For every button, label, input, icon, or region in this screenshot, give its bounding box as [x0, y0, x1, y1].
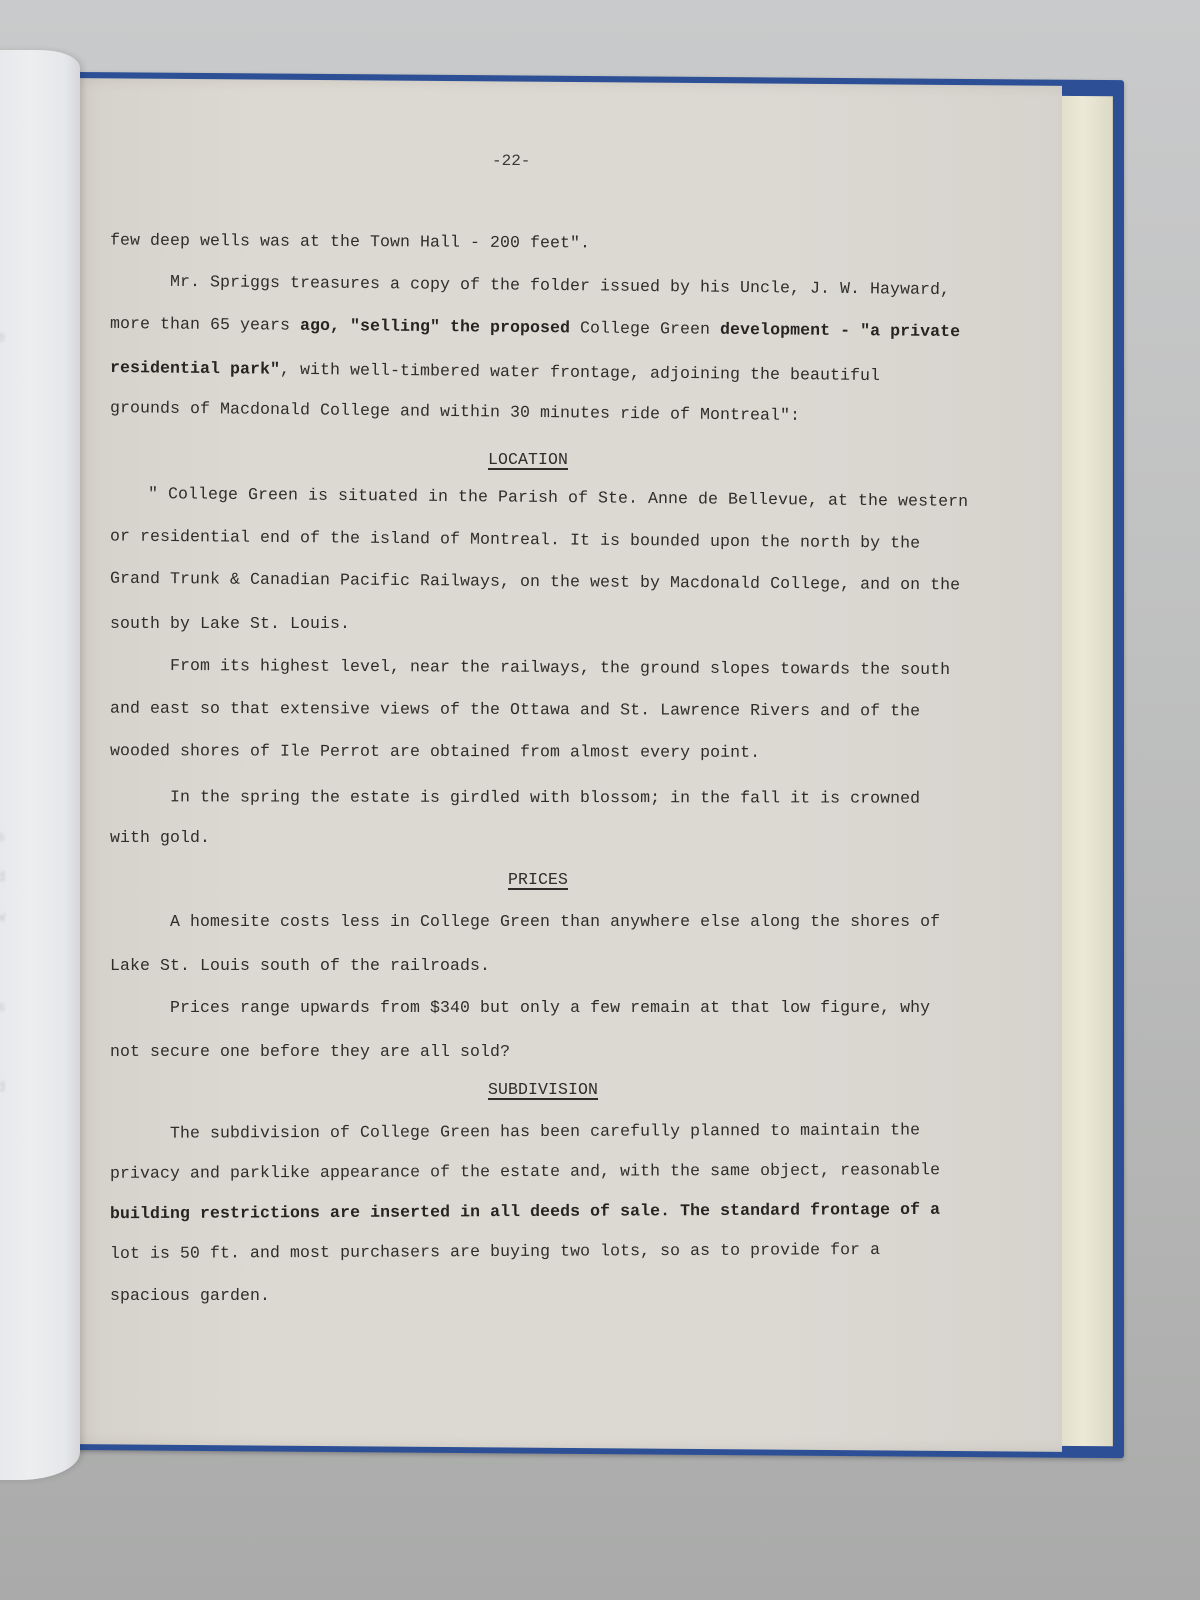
text-line: spacious garden. [110, 1286, 270, 1305]
left-page-ghost-text: ll [0, 1290, 60, 1306]
left-page-curl: ve are ur in wa en ho d wo ols ood few h… [0, 50, 80, 1480]
left-page-ghost-text: in [0, 460, 60, 476]
left-page-ghost-text: rt [0, 1040, 60, 1056]
left-page-ghost-text: ho [0, 650, 60, 666]
text-line: Lake St. Louis south of the railroads. [110, 956, 490, 975]
text-line: and east so that extensive views of the … [110, 699, 920, 721]
page-number: -22- [492, 152, 530, 170]
left-page-ghost-text: wa [0, 510, 60, 526]
left-page-ghost-text: wo [0, 790, 60, 806]
left-page-ghost-text: and [0, 1080, 60, 1096]
text-line: In the spring the estate is girdled with… [170, 787, 920, 807]
left-page-ghost-text: go [0, 1170, 60, 1186]
text-fragment-bold: ago, "selling" the proposed [300, 316, 570, 338]
text-fragment-bold: residential park" [110, 358, 280, 379]
text-fragment-bold: development - "a private [720, 320, 960, 341]
text-line: wooded shores of Ile Perrot are obtained… [110, 741, 760, 762]
heading-subdivision: SUBDIVISION [488, 1080, 598, 1099]
text-line: with gold. [110, 828, 210, 847]
text-line: few deep wells was at the Town Hall - 20… [110, 231, 590, 253]
left-page-ghost-text: en [0, 610, 60, 626]
text-line: lot is 50 ft. and most purchasers are bu… [110, 1240, 880, 1263]
text-line: not secure one before they are all sold? [110, 1042, 510, 1061]
text-line: Prices range upwards from $340 but only … [170, 998, 930, 1017]
left-page-ghost-text: ols [0, 830, 60, 846]
left-page-ghost-text: few [0, 910, 60, 926]
text-line: privacy and parklike appearance of the e… [110, 1160, 940, 1183]
text-line: The subdivision of College Green has bee… [170, 1120, 920, 1142]
heading-location: LOCATION [488, 450, 568, 469]
heading-prices: PRICES [508, 870, 568, 889]
left-page-ghost-text: hrs [0, 1000, 60, 1016]
left-page-ghost-text: are [0, 330, 60, 346]
text-line: A homesite costs less in College Green t… [170, 912, 940, 931]
left-page-ghost-text: ur [0, 420, 60, 436]
text-fragment: more than 65 years [110, 314, 300, 335]
text-line: south by Lake St. Louis. [110, 614, 350, 633]
left-page-ghost-text: d [0, 690, 60, 706]
left-page-ghost-text: by [0, 1210, 60, 1226]
text-fragment: College Green [570, 318, 720, 338]
left-page-ghost-text: ve [0, 240, 60, 256]
left-page-ghost-text: ood [0, 870, 60, 886]
left-page-ghost-text: ve [0, 1250, 60, 1266]
